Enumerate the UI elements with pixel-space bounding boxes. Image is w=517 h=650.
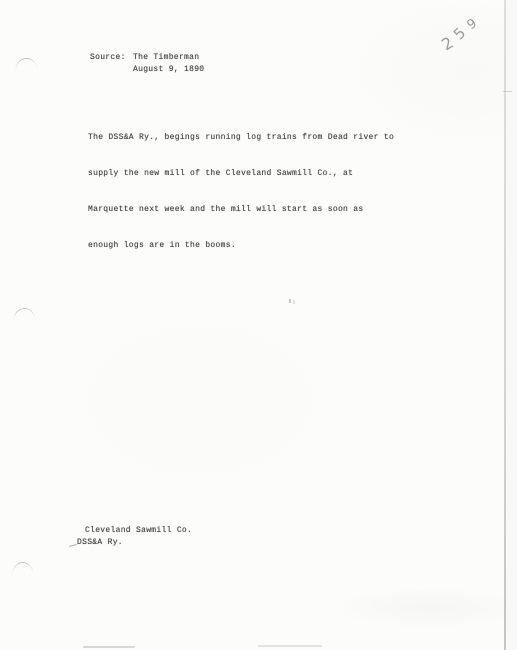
body-paragraph: The DSS&A Ry., begings running log train… xyxy=(88,108,394,276)
scanned-document-page: 2 5 9 Source: The Timberman August 9, 18… xyxy=(0,0,517,650)
pencil-arc-mark xyxy=(11,561,33,576)
scan-smudge xyxy=(83,646,135,648)
body-line: enough logs are in the booms. xyxy=(88,240,394,252)
paper-edge-strip xyxy=(506,0,517,650)
source-publication-name: The Timberman xyxy=(133,52,199,64)
index-term-dssa-ry: DSS&A Ry. xyxy=(77,537,123,549)
body-line: supply the new mill of the Cleveland Saw… xyxy=(88,168,394,180)
handwritten-digit: 5 xyxy=(450,24,469,43)
ink-speck xyxy=(289,299,291,303)
handwritten-digit: 2 xyxy=(438,33,457,55)
source-label: Source: xyxy=(90,52,126,64)
pencil-tick-mark xyxy=(69,544,77,547)
body-line: The DSS&A Ry., begings running log train… xyxy=(88,132,394,144)
paper-edge-line xyxy=(504,0,506,650)
source-date: August 9, 1890 xyxy=(133,64,204,76)
index-term-cleveland-sawmill: Cleveland Sawmill Co. xyxy=(85,525,192,537)
scan-smudge xyxy=(258,645,322,647)
body-line: Marquette next week and the mill will st… xyxy=(88,204,394,216)
handwritten-digit: 9 xyxy=(464,16,479,33)
paper-edge-tick xyxy=(503,91,512,92)
pencil-arc-mark xyxy=(12,307,35,322)
pencil-arc-mark xyxy=(14,57,37,73)
handwritten-catalog-number: 2 5 9 xyxy=(435,2,490,54)
